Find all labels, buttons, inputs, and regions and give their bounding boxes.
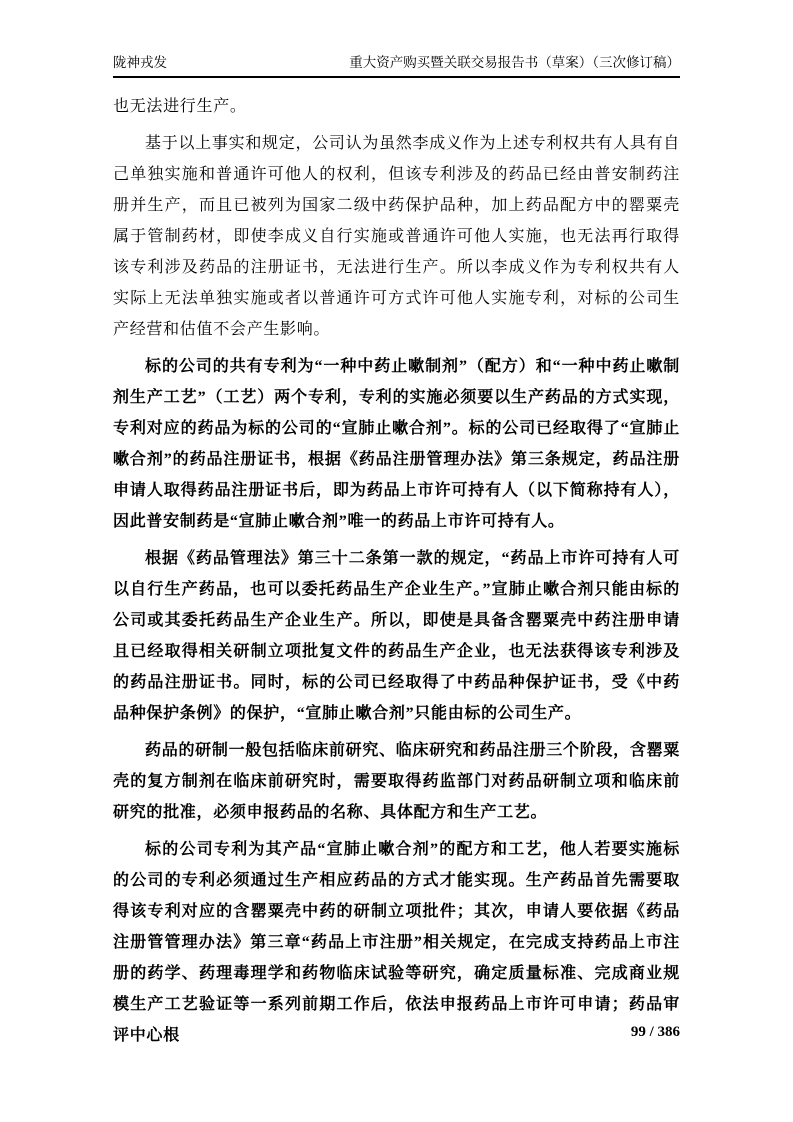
body-paragraph: 根据《药品管理法》第三十二条第一款的规定，“药品上市许可持有人可以自行生产药品，… bbox=[113, 543, 680, 729]
document-body: 也无法进行生产。 基于以上事实和规定，公司认为虽然李成义作为上述专利权共有人具有… bbox=[113, 91, 680, 1051]
document-page: 陇神戎发 重大资产购买暨关联交易报告书（草案）（三次修订稿） 也无法进行生产。 … bbox=[0, 0, 793, 1122]
header-left-title: 陇神戎发 bbox=[113, 54, 167, 72]
body-paragraph: 标的公司的共有专利为“一种中药止嗽制剂”（配方）和“一种中药止嗽制剂生产工艺”（… bbox=[113, 351, 680, 537]
body-paragraph: 药品的研制一般包括临床前研究、临床研究和药品注册三个阶段，含罂粟壳的复方制剂在临… bbox=[113, 735, 680, 828]
page-number: 99 / 386 bbox=[631, 1024, 680, 1040]
header-rule bbox=[113, 76, 680, 78]
page-header: 陇神戎发 重大资产购买暨关联交易报告书（草案）（三次修订稿） bbox=[113, 54, 680, 72]
header-right-title: 重大资产购买暨关联交易报告书（草案）（三次修订稿） bbox=[349, 54, 680, 72]
page-footer: 99 / 386 bbox=[631, 1022, 680, 1042]
body-paragraph: 标的公司专利为其产品“宣肺止嗽合剂”的配方和工艺，他人若要实施标的公司的专利必须… bbox=[113, 834, 680, 1051]
body-paragraph: 基于以上事实和规定，公司认为虽然李成义作为上述专利权共有人具有自己单独实施和普通… bbox=[113, 128, 680, 345]
body-paragraph: 也无法进行生产。 bbox=[113, 91, 680, 122]
